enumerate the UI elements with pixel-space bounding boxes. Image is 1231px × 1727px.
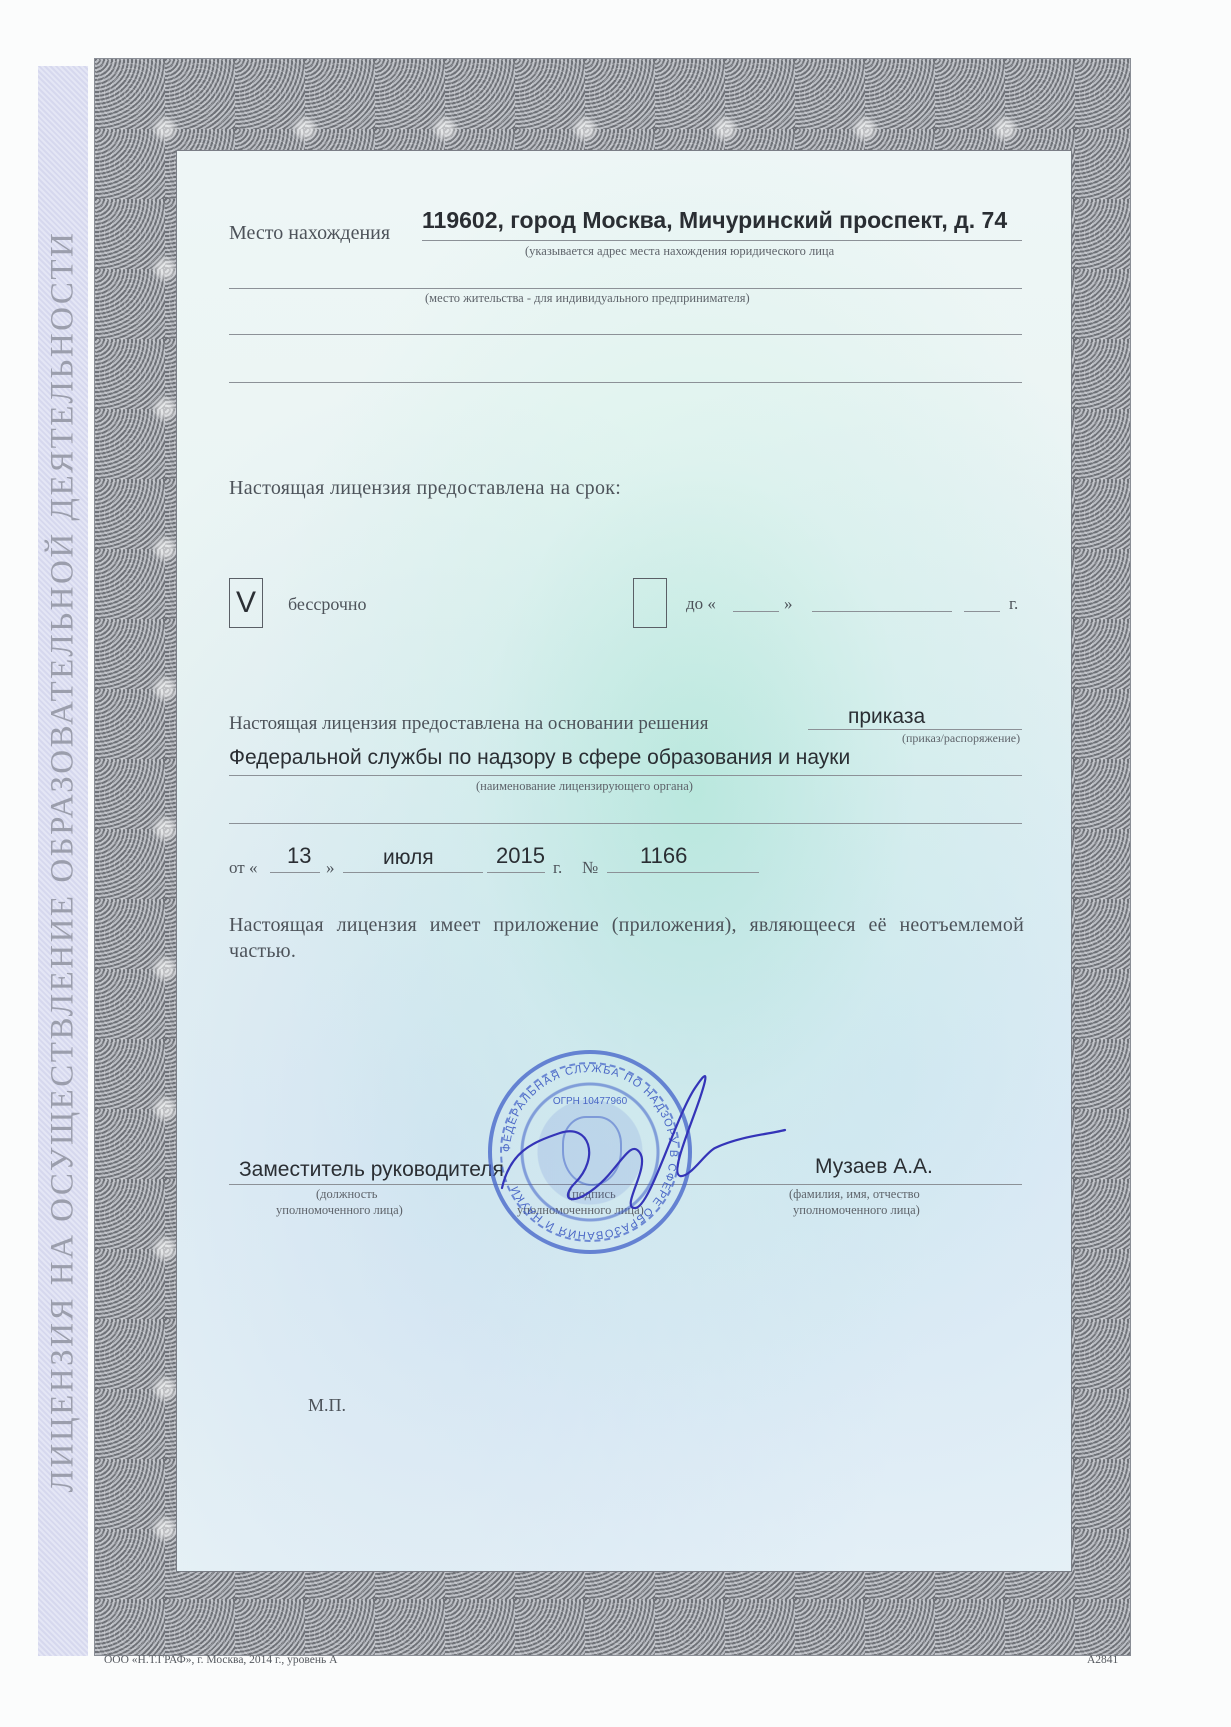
until-month-line[interactable] [812, 611, 952, 612]
decision-type-line [808, 729, 1022, 730]
until-checkbox[interactable] [633, 578, 667, 628]
until-year-line[interactable] [964, 611, 1000, 612]
location-line-4 [229, 382, 1022, 383]
order-number: 1166 [640, 843, 687, 869]
signatory-position: Заместитель руководителя [239, 1158, 504, 1182]
date-year-line [487, 872, 545, 873]
decision-type-hint: (приказ/распоряжение) [902, 731, 1020, 746]
until-prefix: до « [686, 594, 716, 614]
until-suffix: г. [1009, 594, 1018, 614]
authority-hint: (наименование лицензирующего органа) [476, 779, 693, 794]
date-year-suffix: г. [553, 858, 562, 878]
name-hint-2: уполномоченного лица) [793, 1203, 920, 1218]
seal-place: М.П. [308, 1395, 346, 1416]
location-line [422, 240, 1022, 241]
date-day-line [270, 872, 320, 873]
authority-line-2 [229, 823, 1022, 824]
licensing-authority: Федеральной службы по надзору в сфере об… [229, 746, 850, 770]
authority-line [229, 775, 1022, 776]
signatory-name: Музаев А.А. [815, 1155, 933, 1179]
name-hint-1: (фамилия, имя, отчество [789, 1187, 920, 1202]
until-day-line[interactable] [733, 611, 779, 612]
location-line-3 [229, 334, 1022, 335]
handwritten-signature [500, 1058, 800, 1228]
date-month-line [343, 872, 483, 873]
date-year: 2015 [496, 843, 545, 869]
location-label: Место нахождения [229, 222, 390, 245]
date-month: июля [383, 846, 434, 870]
date-quote-close: » [326, 858, 335, 878]
term-heading: Настоящая лицензия предоставлена на срок… [229, 477, 621, 500]
appendix-note: Настоящая лицензия имеет приложение (при… [229, 912, 1024, 964]
location-hint-legal: (указывается адрес места нахождения юрид… [525, 244, 834, 259]
position-hint-1: (должность [316, 1187, 377, 1202]
indefinite-label: бессрочно [288, 594, 367, 615]
position-hint-2: уполномоченного лица) [276, 1203, 403, 1218]
order-number-line [607, 872, 759, 873]
decision-type: приказа [848, 705, 925, 729]
date-day: 13 [287, 843, 311, 869]
document-content: Место нахождения 119602, город Москва, М… [0, 0, 1231, 1727]
date-prefix: от « [229, 858, 257, 878]
basis-heading: Настоящая лицензия предоставлена на осно… [229, 713, 708, 735]
until-quote-close: » [784, 594, 793, 614]
location-hint-individual: (место жительства - для индивидуального … [425, 291, 750, 306]
location-line-2 [229, 288, 1022, 289]
indefinite-checkbox[interactable]: V [229, 578, 263, 628]
location-value: 119602, город Москва, Мичуринский проспе… [422, 207, 1007, 234]
number-label: № [582, 858, 598, 878]
